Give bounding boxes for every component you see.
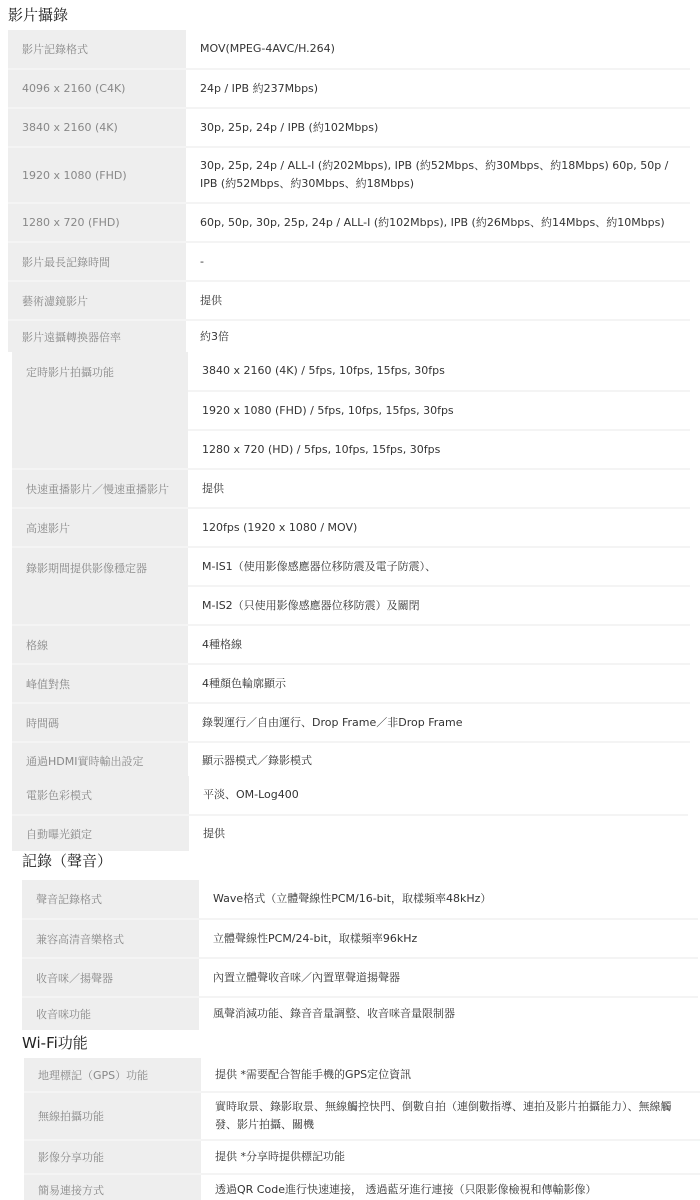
table-row: 影片最長記錄時間 - [8,242,690,281]
spec-label: 影像分享功能 [24,1140,201,1174]
table-row: 1280 x 720 (FHD) 60p, 50p, 30p, 25p, 24p… [8,203,690,242]
spec-value: 120fps (1920 x 1080 / MOV) [188,508,690,547]
spec-label: 定時影片拍攝功能 [12,352,188,469]
spec-value: 實時取景、錄影取景、無線觸控快門、倒數自拍（連倒數指導、連拍及影片拍攝能力）、無… [201,1092,700,1140]
spec-value: - [186,242,690,281]
table-row: 影片遠攝轉換器倍率 約3倍 [8,320,690,352]
spec-value: 提供 [186,281,690,320]
spec-value: 3840 x 2160 (4K) / 5fps, 10fps, 15fps, 3… [188,352,690,391]
spec-value: 提供 [189,815,688,851]
spec-label: 4096 x 2160 (C4K) [8,69,186,108]
spec-table-video-b: 定時影片拍攝功能 3840 x 2160 (4K) / 5fps, 10fps,… [12,352,690,778]
spec-value: 30p, 25p, 24p / ALL-I (約202Mbps), IPB (約… [186,147,690,203]
spec-value: 風聲消減功能、錄音音量調整、收音咪音量限制器 [199,997,698,1030]
table-row: 聲音記錄格式 Wave格式（立體聲線性PCM/16-bit，取樣頻率48kHz） [22,880,698,919]
spec-table-video-c: 電影色彩模式 平淡、OM-Log400 自動曝光鎖定 提供 [12,776,688,851]
spec-value: 30p, 25p, 24p / IPB (約102Mbps) [186,108,690,147]
spec-label: 通過HDMI實時輸出設定 [12,742,188,778]
spec-label: 聲音記錄格式 [22,880,199,919]
table-row: 峰值對焦 4種顏色輪廓顯示 [12,664,690,703]
spec-value: M-IS1（使用影像感應器位移防震及電子防震）、 [188,547,690,586]
section-title-wifi: Wi-Fi功能 [22,1032,88,1053]
table-row: 格線 4種格線 [12,625,690,664]
table-row: 藝術濾鏡影片 提供 [8,281,690,320]
spec-label: 藝術濾鏡影片 [8,281,186,320]
spec-label: 無線拍攝功能 [24,1092,201,1140]
spec-value: 平淡、OM-Log400 [189,776,688,815]
spec-value: 24p / IPB 約237Mbps) [186,69,690,108]
table-row: 錄影期間提供影像穩定器 M-IS1（使用影像感應器位移防震及電子防震）、 [12,547,690,586]
spec-value: 提供 *分享時提供標記功能 [201,1140,700,1174]
table-row: 1920 x 1080 (FHD) 30p, 25p, 24p / ALL-I … [8,147,690,203]
spec-label: 快速重播影片／慢速重播影片 [12,469,188,508]
spec-table-wifi: 地理標記（GPS）功能 提供 *需要配合智能手機的GPS定位資訊 無線拍攝功能 … [24,1058,700,1200]
spec-value: 60p, 50p, 30p, 25p, 24p / ALL-I (約102Mbp… [186,203,690,242]
spec-value: 透過QR Code進行快速連接， 透過藍牙進行連接（只限影像檢視和傳輸影像） [201,1174,700,1200]
spec-value: 內置立體聲收音咪／內置單聲道揚聲器 [199,958,698,997]
spec-value: 提供 *需要配合智能手機的GPS定位資訊 [201,1058,700,1092]
table-row: 影像分享功能 提供 *分享時提供標記功能 [24,1140,700,1174]
table-row: 通過HDMI實時輸出設定 顯示器模式／錄影模式 [12,742,690,778]
spec-label: 自動曝光鎖定 [12,815,189,851]
section-title-audio: 記錄（聲音） [22,850,112,871]
spec-value: 4種格線 [188,625,690,664]
table-row: 地理標記（GPS）功能 提供 *需要配合智能手機的GPS定位資訊 [24,1058,700,1092]
spec-table-audio: 聲音記錄格式 Wave格式（立體聲線性PCM/16-bit，取樣頻率48kHz）… [22,880,698,1030]
table-row: 自動曝光鎖定 提供 [12,815,688,851]
spec-value: 約3倍 [186,320,690,352]
table-row: 電影色彩模式 平淡、OM-Log400 [12,776,688,815]
section-title-video: 影片攝錄 [8,4,68,25]
spec-value: 4種顏色輪廓顯示 [188,664,690,703]
spec-value: 提供 [188,469,690,508]
table-row: 無線拍攝功能 實時取景、錄影取景、無線觸控快門、倒數自拍（連倒數指導、連拍及影片… [24,1092,700,1140]
spec-label: 影片遠攝轉換器倍率 [8,320,186,352]
spec-value: MOV(MPEG-4AVC/H.264) [186,30,690,69]
spec-label: 時間碼 [12,703,188,742]
spec-label: 格線 [12,625,188,664]
spec-value: 顯示器模式／錄影模式 [188,742,690,778]
spec-label: 高速影片 [12,508,188,547]
spec-label: 地理標記（GPS）功能 [24,1058,201,1092]
table-row: 時間碼 錄製運行／自由運行、Drop Frame／非Drop Frame [12,703,690,742]
table-row: 快速重播影片／慢速重播影片 提供 [12,469,690,508]
spec-label: 3840 x 2160 (4K) [8,108,186,147]
spec-label: 收音咪／揚聲器 [22,958,199,997]
spec-value: 錄製運行／自由運行、Drop Frame／非Drop Frame [188,703,690,742]
spec-label: 峰值對焦 [12,664,188,703]
spec-label: 影片記錄格式 [8,30,186,69]
spec-value: Wave格式（立體聲線性PCM/16-bit，取樣頻率48kHz） [199,880,698,919]
spec-label: 簡易連接方式 [24,1174,201,1200]
spec-label: 影片最長記錄時間 [8,242,186,281]
table-row: 3840 x 2160 (4K) 30p, 25p, 24p / IPB (約1… [8,108,690,147]
spec-value: 立體聲線性PCM/24-bit，取樣頻率96kHz [199,919,698,958]
spec-label: 1280 x 720 (FHD) [8,203,186,242]
spec-value: M-IS2（只使用影像感應器位移防震）及關閉 [188,586,690,625]
spec-table-video-a: 影片記錄格式 MOV(MPEG-4AVC/H.264) 4096 x 2160 … [8,30,690,352]
table-row: 4096 x 2160 (C4K) 24p / IPB 約237Mbps) [8,69,690,108]
table-row: 兼容高清音樂格式 立體聲線性PCM/24-bit，取樣頻率96kHz [22,919,698,958]
spec-value: 1280 x 720 (HD) / 5fps, 10fps, 15fps, 30… [188,430,690,469]
spec-label: 錄影期間提供影像穩定器 [12,547,188,625]
table-row: 收音咪功能 風聲消減功能、錄音音量調整、收音咪音量限制器 [22,997,698,1030]
table-row: 簡易連接方式 透過QR Code進行快速連接， 透過藍牙進行連接（只限影像檢視和… [24,1174,700,1200]
spec-label: 收音咪功能 [22,997,199,1030]
spec-label: 1920 x 1080 (FHD) [8,147,186,203]
spec-label: 兼容高清音樂格式 [22,919,199,958]
table-row: 影片記錄格式 MOV(MPEG-4AVC/H.264) [8,30,690,69]
spec-label: 電影色彩模式 [12,776,189,815]
table-row: 收音咪／揚聲器 內置立體聲收音咪／內置單聲道揚聲器 [22,958,698,997]
table-row: 高速影片 120fps (1920 x 1080 / MOV) [12,508,690,547]
table-row: 定時影片拍攝功能 3840 x 2160 (4K) / 5fps, 10fps,… [12,352,690,391]
spec-value: 1920 x 1080 (FHD) / 5fps, 10fps, 15fps, … [188,391,690,430]
